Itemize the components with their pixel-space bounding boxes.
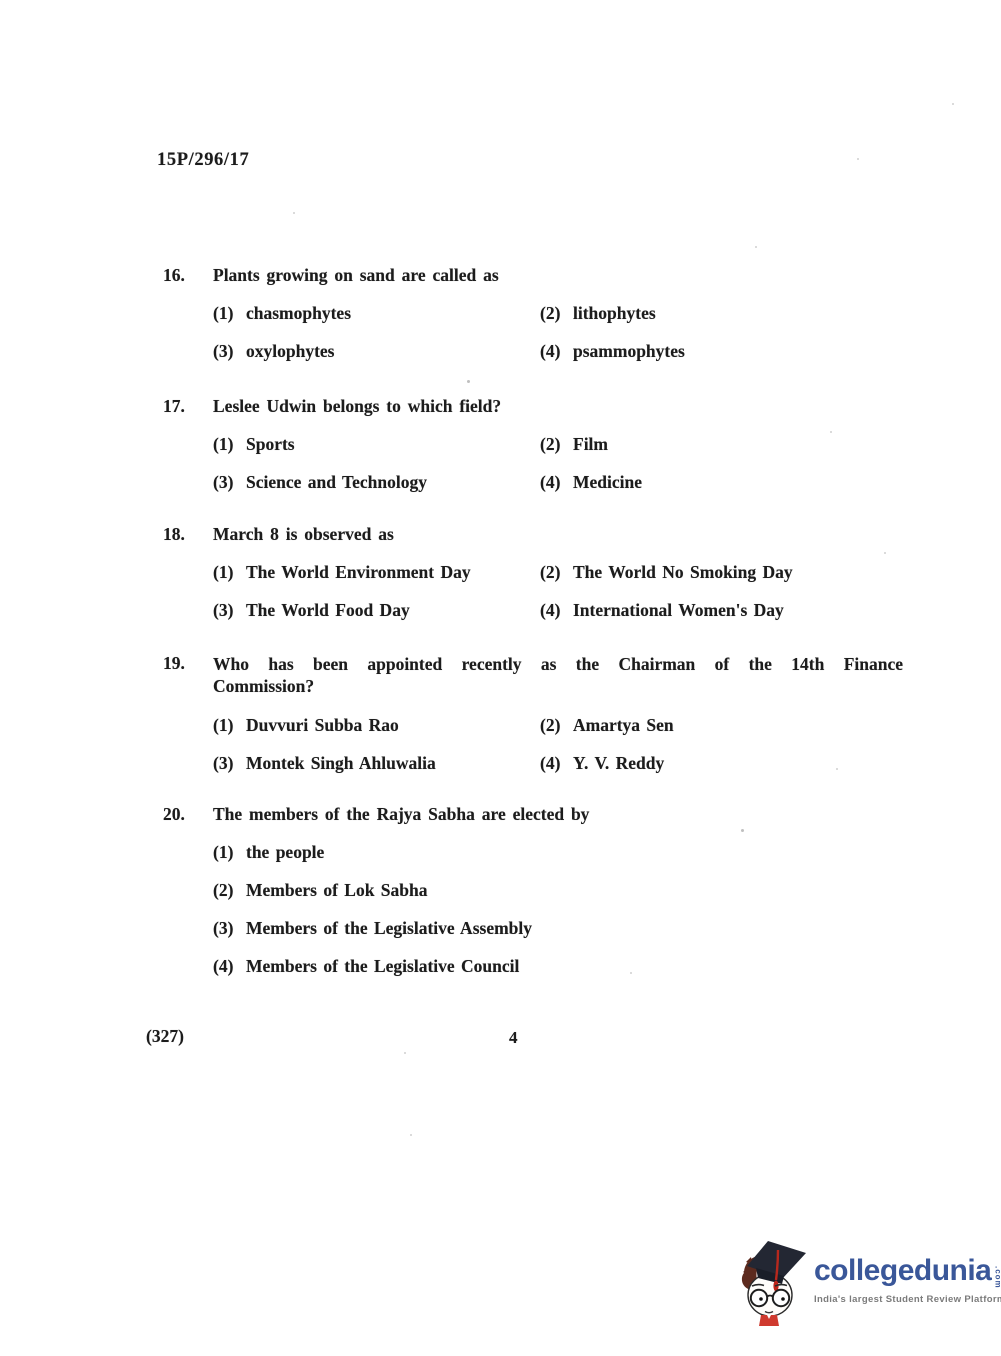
scan-speck [755,246,757,248]
option-1: (1) The World Environment Day [213,562,540,582]
option-1: (1) the people [213,842,903,862]
option-marker: (1) [213,434,246,454]
option-text: Medicine [573,472,903,492]
option-marker: (1) [213,562,246,582]
option-marker: (1) [213,303,246,323]
question-number: 16. [163,265,213,285]
option-4: (4) Medicine [540,472,903,492]
option-marker: (4) [540,472,573,492]
question-number: 20. [163,804,213,824]
option-4: (4) International Women's Day [540,600,903,620]
question-number: 17. [163,396,213,416]
scan-speck [884,552,886,554]
question-text: Who has been appointed recently as the C… [213,653,903,697]
option-text: Film [573,434,903,454]
question-number: 18. [163,524,213,544]
paper-code: 15P/296/17 [157,150,249,171]
option-marker: (2) [540,434,573,454]
scan-speck [830,431,832,433]
option-3: (3) The World Food Day [213,600,540,620]
scanned-exam-page: 15P/296/17 16. Plants growing on sand ar… [0,0,1001,1356]
option-4: (4) psammophytes [540,341,903,361]
scan-speck [741,829,744,832]
option-text: Science and Technology [246,472,540,492]
option-2: (2) The World No Smoking Day [540,562,903,582]
option-text: Members of Lok Sabha [246,880,903,900]
option-marker: (4) [213,956,246,976]
scan-speck [836,768,838,770]
option-marker: (1) [213,715,246,735]
option-marker: (2) [540,562,573,582]
option-2: (2) Members of Lok Sabha [213,880,903,900]
option-3: (3) Science and Technology [213,472,540,492]
option-text: Montek Singh Ahluwalia [246,753,540,773]
option-marker: (4) [540,753,573,773]
question-number: 19. [163,653,213,697]
booklet-code: (327) [146,1026,184,1047]
option-marker: (4) [540,600,573,620]
option-text: The World Environment Day [246,562,540,582]
option-text: Members of the Legislative Council [246,956,903,976]
question-17: 17. Leslee Udwin belongs to which field?… [163,396,903,492]
question-text: Leslee Udwin belongs to which field? [213,396,903,416]
option-text: Amartya Sen [573,715,903,735]
option-marker: (2) [213,880,246,900]
scan-speck [467,380,470,383]
option-marker: (3) [213,341,246,361]
option-1: (1) Duvvuri Subba Rao [213,715,540,735]
scan-speck [410,1134,412,1136]
option-text: Duvvuri Subba Rao [246,715,540,735]
scan-speck [857,158,859,160]
option-marker: (3) [213,600,246,620]
question-18: 18. March 8 is observed as (1) The World… [163,524,903,620]
question-text: The members of the Rajya Sabha are elect… [213,804,903,824]
option-text: The World Food Day [246,600,540,620]
option-marker: (3) [213,753,246,773]
option-2: (2) Film [540,434,903,454]
question-20: 20. The members of the Rajya Sabha are e… [163,804,903,976]
option-1: (1) Sports [213,434,540,454]
option-3: (3) Montek Singh Ahluwalia [213,753,540,773]
question-text: March 8 is observed as [213,524,903,544]
option-text: The World No Smoking Day [573,562,903,582]
question-16: 16. Plants growing on sand are called as… [163,265,903,361]
page-number: 4 [509,1028,518,1048]
question-19: 19. Who has been appointed recently as t… [163,653,903,773]
question-text-line-2: Commission? [213,675,903,697]
question-text: Plants growing on sand are called as [213,265,903,285]
option-marker: (3) [213,472,246,492]
collegedunia-logo: collegedunia .com India's largest Studen… [738,1240,1001,1326]
option-3: (3) Members of the Legislative Assembly [213,918,903,938]
scan-speck [293,212,295,214]
option-text: oxylophytes [246,341,540,361]
option-1: (1) chasmophytes [213,303,540,323]
option-marker: (1) [213,842,246,862]
option-2: (2) lithophytes [540,303,903,323]
graduate-mascot-icon [738,1240,812,1326]
option-marker: (3) [213,918,246,938]
option-text: Members of the Legislative Assembly [246,918,903,938]
option-text: International Women's Day [573,600,903,620]
option-text: Y. V. Reddy [573,753,903,773]
question-text-line-1: Who has been appointed recently as the C… [213,653,903,675]
brand-tagline: India's largest Student Review Platform [814,1294,1001,1305]
option-4: (4) Y. V. Reddy [540,753,903,773]
brand-wordmark: collegedunia [814,1256,991,1286]
option-marker: (2) [540,715,573,735]
option-text: Sports [246,434,540,454]
brand-domain-suffix: .com [993,1266,1001,1289]
scan-speck [404,1052,406,1054]
option-2: (2) Amartya Sen [540,715,903,735]
option-marker: (4) [540,341,573,361]
scan-speck [952,103,954,105]
scan-speck [630,972,632,974]
option-marker: (2) [540,303,573,323]
option-text: chasmophytes [246,303,540,323]
option-text: lithophytes [573,303,903,323]
option-text: psammophytes [573,341,903,361]
option-4: (4) Members of the Legislative Council [213,956,903,976]
option-text: the people [246,842,903,862]
option-3: (3) oxylophytes [213,341,540,361]
